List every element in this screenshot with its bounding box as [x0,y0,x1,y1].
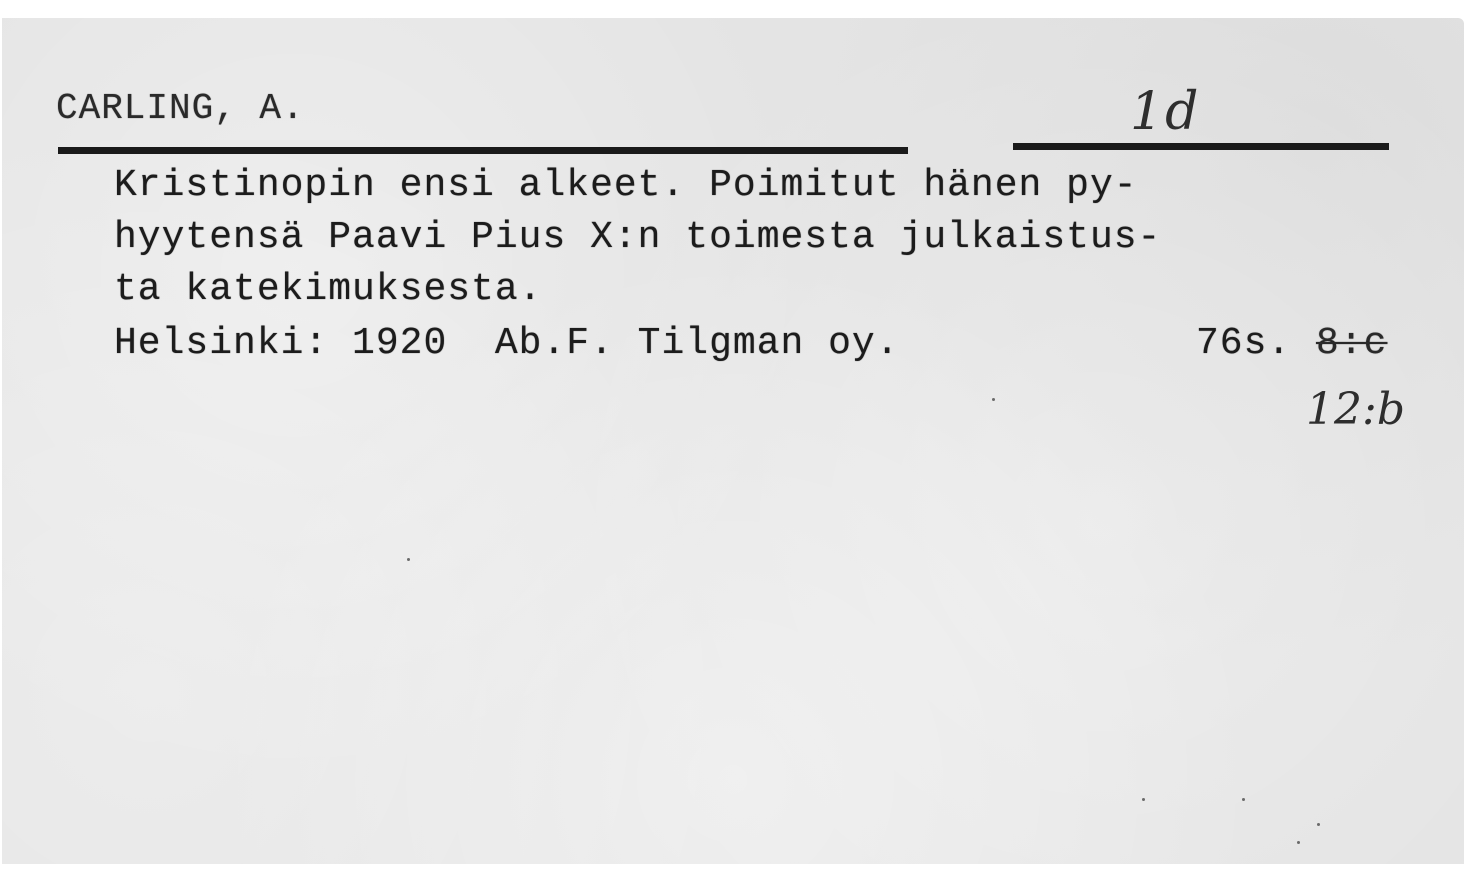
paper-speck [1142,798,1145,801]
paper-speck [1242,798,1245,801]
pages-count: 76s. [1196,322,1291,365]
paper-speck [1297,841,1300,844]
title-line-3: ta katekimuksesta. [114,268,542,311]
paper-speck [407,558,410,561]
paper-speck [1317,823,1320,826]
price-handwritten: 12:b [1306,384,1405,435]
heading-rule-left [58,147,908,154]
price-struck: 8:c [1316,322,1387,365]
call-number-handwritten: 1d [1130,82,1200,142]
title-line-1: Kristinopin ensi alkeet. Poimitut hänen … [114,164,1138,207]
paper-speck [992,398,995,401]
title-line-2: hyytensä Paavi Pius X:n toimesta julkais… [114,216,1161,259]
author-heading: CARLING, A. [56,88,305,129]
imprint: Helsinki: 1920 Ab.F. Tilgman oy. [114,322,900,365]
heading-rule-right [1013,143,1389,150]
